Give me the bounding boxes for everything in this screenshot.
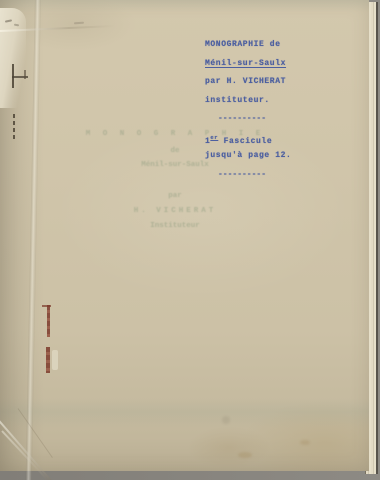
bleedthrough-line: Instituteur	[70, 222, 280, 237]
cover-page: M O N O G R A P H I E de Ménil-sur-Saulx…	[0, 0, 369, 471]
typed-line-fascicule: 1er Fascicule	[205, 129, 370, 148]
ink-speck	[74, 22, 84, 25]
discoloration-band	[0, 0, 369, 12]
bleedthrough-line: H. VICHERAT	[70, 207, 280, 222]
typed-line-title: MONOGRAPHIE de	[205, 36, 370, 55]
fascicule-word: Fascicule	[218, 137, 272, 146]
stitch-highlight	[52, 350, 58, 370]
paper-stain	[300, 440, 310, 445]
typed-line-pages: jusqu'à page 12.	[205, 147, 370, 166]
discoloration-band	[0, 398, 369, 428]
paper-stain	[238, 452, 252, 458]
scanned-document: M O N O G R A P H I E de Ménil-sur-Saulx…	[0, 0, 380, 480]
typed-line-author: par H. VICHERAT	[205, 73, 370, 92]
typed-line-role: instituteur.	[205, 92, 370, 111]
paper-stain	[222, 416, 230, 424]
binding-stitch	[13, 114, 15, 140]
curled-corner	[0, 8, 26, 108]
binding-staple	[24, 70, 26, 79]
typed-divider: ----------	[205, 110, 370, 129]
binding-stitch-thread	[46, 347, 50, 373]
typed-annotation-block: MONOGRAPHIE de Ménil-sur-Saulx par H. VI…	[205, 36, 370, 184]
bleedthrough-line: par	[70, 192, 280, 207]
typed-divider: ----------	[205, 166, 370, 185]
typed-line-place: Ménil-sur-Saulx	[205, 55, 370, 74]
binding-stitch-thread	[47, 305, 50, 337]
